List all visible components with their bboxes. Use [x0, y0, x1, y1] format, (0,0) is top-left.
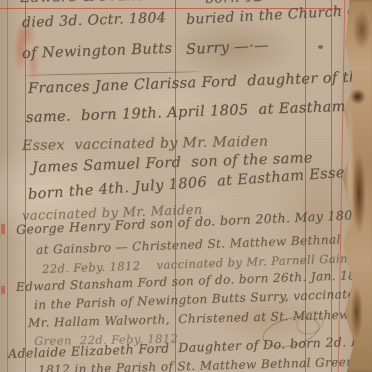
handwritten-line: Edward & Frances Ford — [20, 0, 200, 6]
handwritten-line: born 12 — [205, 0, 264, 7]
manuscript-page: Edward & Frances Fordborn 12died 3d. Oct… — [0, 0, 372, 372]
handwritten-line: of Newington Butts — [22, 41, 173, 62]
handwritten-line: same. born 19th. April 1805 at Eastham — [26, 99, 346, 126]
manuscript-lines: Edward & Frances Fordborn 12died 3d. Oct… — [0, 0, 372, 372]
handwritten-line: died 3d. Octr. 1804 — [22, 10, 167, 31]
handwritten-line: Essex vaccinated by Mr. Maiden — [22, 134, 269, 154]
handwritten-line: Frances Jane Clarissa Ford daughter of t… — [28, 69, 368, 97]
handwritten-line: Surry —·— — [186, 38, 270, 58]
